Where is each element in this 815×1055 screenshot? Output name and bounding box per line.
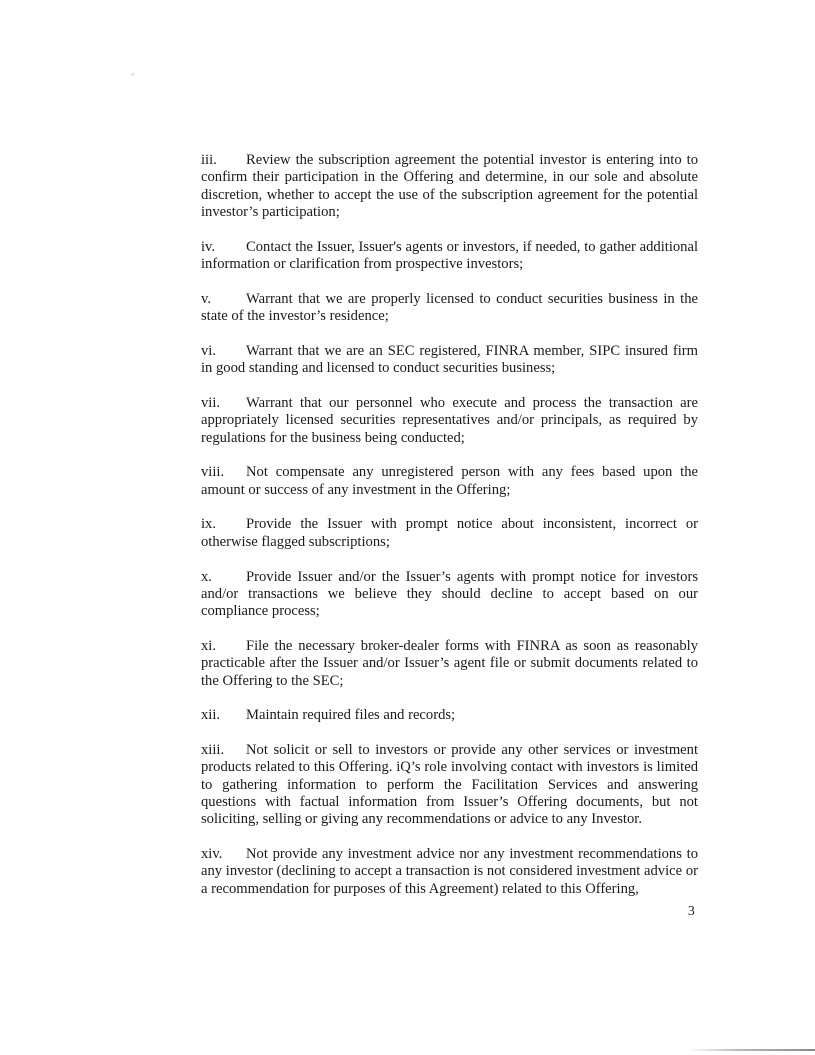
scan-artifact-dot	[131, 73, 134, 76]
clause-xi: xi.File the necessary broker-dealer form…	[201, 638, 698, 690]
clause-xiv: xiv.Not provide any investment advice no…	[201, 846, 698, 898]
clause-number: xiii.	[201, 742, 246, 759]
clause-number: v.	[201, 291, 246, 308]
clause-xiii: xiii.Not solicit or sell to investors or…	[201, 742, 698, 828]
clause-text: Review the subscription agreement the po…	[201, 152, 698, 220]
clause-iv: iv.Contact the Issuer, Issuer's agents o…	[201, 239, 698, 274]
clause-text: Provide the Issuer with prompt notice ab…	[201, 516, 698, 549]
clause-text: Not compensate any unregistered person w…	[201, 464, 698, 497]
clause-text: File the necessary broker-dealer forms w…	[201, 638, 698, 689]
clause-number: xii.	[201, 707, 246, 724]
clause-number: vii.	[201, 395, 246, 412]
clause-x: x.Provide Issuer and/or the Issuer’s age…	[201, 569, 698, 621]
scan-artifact-line	[688, 1049, 815, 1051]
document-page: iii.Review the subscription agreement th…	[0, 0, 815, 1055]
clause-iii: iii.Review the subscription agreement th…	[201, 152, 698, 221]
clause-number: xi.	[201, 638, 246, 655]
clause-number: ix.	[201, 516, 246, 533]
clause-v: v.Warrant that we are properly licensed …	[201, 291, 698, 326]
clause-number: xiv.	[201, 846, 246, 863]
clause-text: Contact the Issuer, Issuer's agents or i…	[201, 239, 698, 272]
clause-number: x.	[201, 569, 246, 586]
clause-xii: xii.Maintain required files and records;	[201, 707, 698, 724]
page-number: 3	[688, 903, 695, 919]
clause-number: vi.	[201, 343, 246, 360]
clause-text: Warrant that our personnel who execute a…	[201, 395, 698, 446]
clause-text: Not provide any investment advice nor an…	[201, 846, 698, 897]
clause-text: Not solicit or sell to investors or prov…	[201, 742, 698, 827]
clause-list: iii.Review the subscription agreement th…	[201, 152, 698, 916]
clause-number: viii.	[201, 464, 246, 481]
clause-text: Warrant that we are an SEC registered, F…	[201, 343, 698, 376]
clause-ix: ix.Provide the Issuer with prompt notice…	[201, 516, 698, 551]
clause-number: iii.	[201, 152, 246, 169]
clause-vi: vi.Warrant that we are an SEC registered…	[201, 343, 698, 378]
clause-text: Provide Issuer and/or the Issuer’s agent…	[201, 569, 698, 620]
clause-number: iv.	[201, 239, 246, 256]
clause-text: Warrant that we are properly licensed to…	[201, 291, 698, 324]
clause-viii: viii.Not compensate any unregistered per…	[201, 464, 698, 499]
clause-text: Maintain required files and records;	[246, 707, 455, 723]
clause-vii: vii.Warrant that our personnel who execu…	[201, 395, 698, 447]
